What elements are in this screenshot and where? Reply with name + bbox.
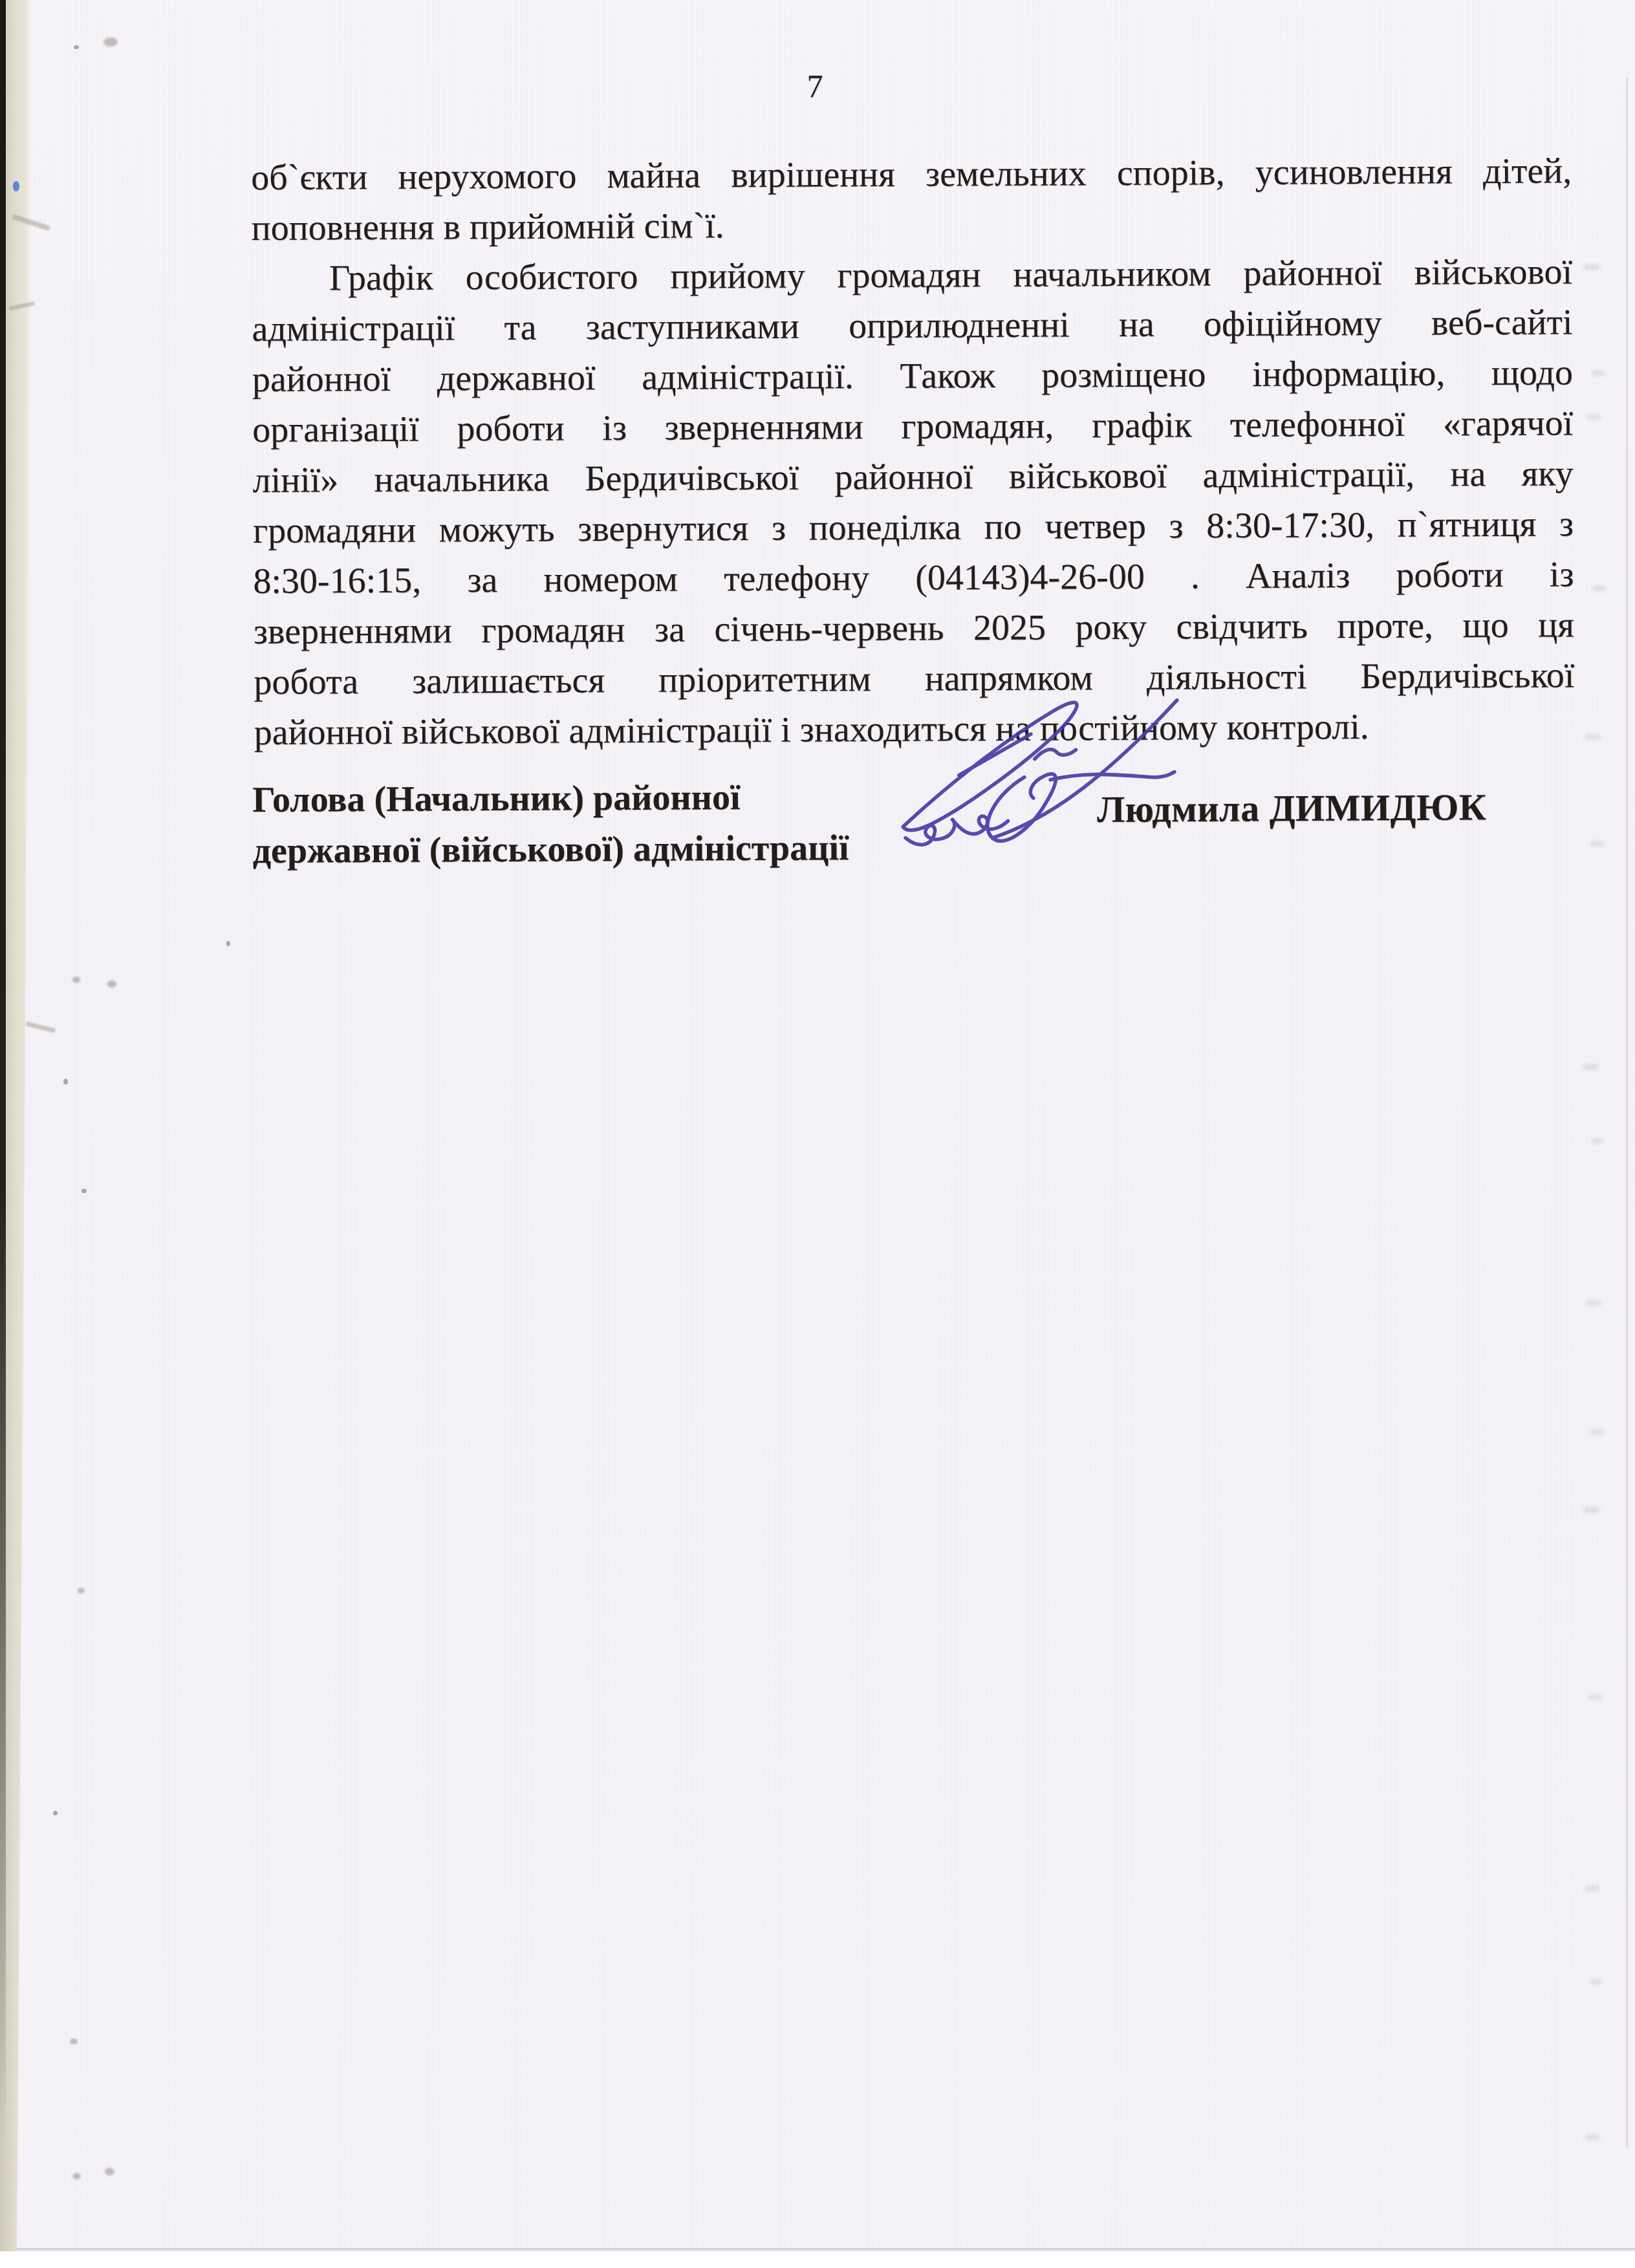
text-line: адміністрації та заступниками оприлюднен…: [252, 297, 1572, 354]
bleed-through-mark: [1586, 1300, 1601, 1306]
text-line: лінії» начальника Бердичівської районної…: [252, 448, 1573, 506]
signature-title-line2: державної (військової) адміністрації: [252, 822, 964, 877]
bleed-through-mark: [1591, 370, 1605, 376]
bleed-through-mark: [1591, 1138, 1604, 1144]
bleed-through-mark: [1586, 414, 1601, 420]
scan-speck: [74, 45, 79, 49]
bleed-through-mark: [1585, 1885, 1600, 1892]
bleed-through-mark: [1585, 734, 1601, 740]
bleed-through-mark: [1588, 1694, 1603, 1700]
scan-speck: [70, 2038, 78, 2044]
text-line: об`єкти нерухомого майна вирішення земел…: [251, 146, 1572, 203]
signature-name: Людмила ДИМИДЮК: [1097, 785, 1511, 831]
text-line: поповнення в прийомній сім`ї.: [251, 196, 1572, 254]
text-line: організації роботи із зверненнями громад…: [252, 398, 1573, 455]
scan-speck: [81, 1189, 87, 1193]
page-number: 7: [744, 67, 886, 105]
scan-speck: [103, 38, 118, 47]
document-body-text: об`єкти нерухомого майна вирішення земел…: [251, 146, 1575, 758]
text-line: 8:30-16:15, за номером телефону (04143)4…: [253, 549, 1574, 607]
scanned-document-page: { "page": { "number": "7" }, "body_text"…: [0, 0, 1635, 2268]
signature-title-line1: Голова (Начальник) районної: [252, 771, 964, 826]
text-line: Графік особистого прийому громадян начал…: [252, 246, 1572, 304]
text-line: зверненнями громадян за січень-червень 2…: [254, 599, 1574, 657]
scan-speck: [72, 977, 80, 983]
bleed-through-mark: [1583, 264, 1600, 270]
text-line: районної державної адміністрації. Також …: [252, 347, 1573, 405]
scan-speck: [13, 181, 19, 191]
text-line: громадяни можуть звернутися з понеділка …: [253, 499, 1574, 556]
paper-bottom-edge: [0, 2248, 1635, 2252]
scan-speck: [105, 2168, 114, 2176]
scan-speck: [53, 1811, 58, 1815]
scan-right-edge-line: [1626, 78, 1628, 2147]
scan-speck: [63, 1079, 68, 1085]
scan-speck: [78, 1588, 85, 1593]
bleed-through-mark: [1583, 1507, 1600, 1513]
bleed-through-mark: [1585, 2134, 1600, 2141]
scanner-edge-shadow: [0, 0, 6, 2147]
bleed-through-mark: [1590, 841, 1604, 847]
signature-title: Голова (Начальник) районної державної (в…: [252, 771, 964, 877]
bleed-through-mark: [1582, 1064, 1599, 1070]
scan-speck: [107, 980, 116, 988]
bleed-through-mark: [1590, 1979, 1603, 1985]
bleed-through-mark: [1590, 1429, 1604, 1435]
scan-speck: [72, 2173, 81, 2179]
bleed-through-mark: [1592, 585, 1607, 592]
scan-speck: [226, 941, 230, 946]
